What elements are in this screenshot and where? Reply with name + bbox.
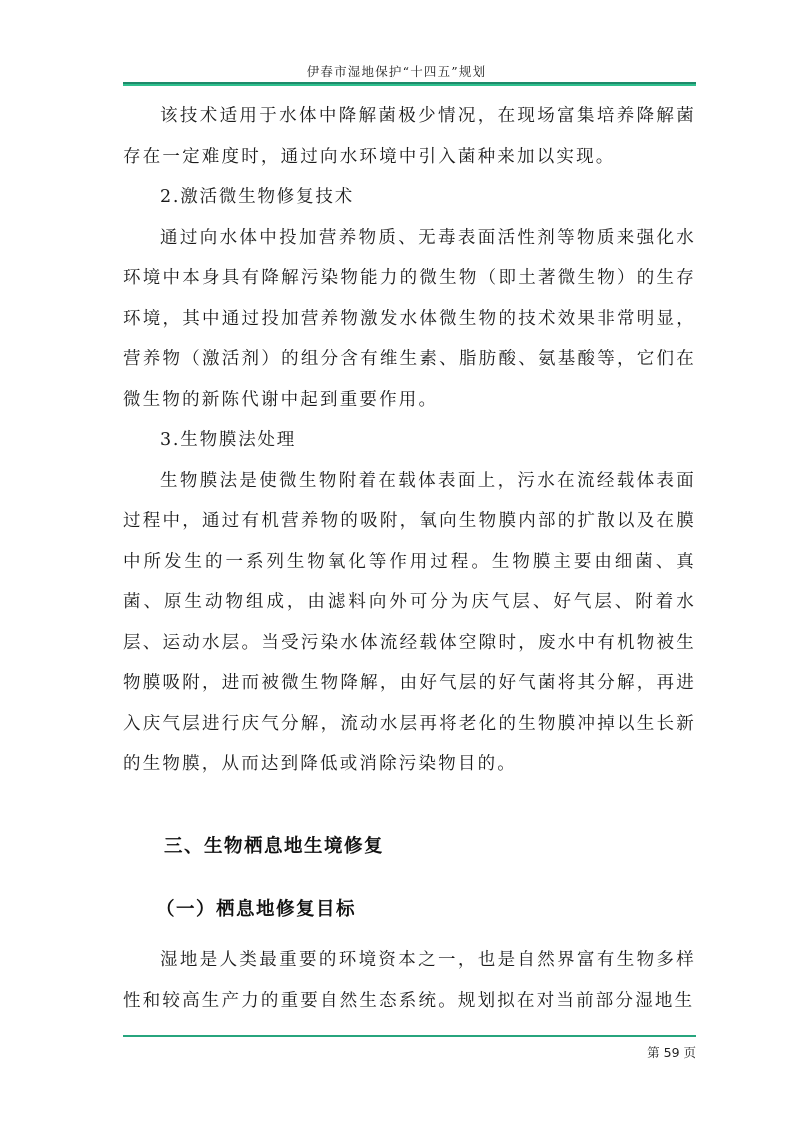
footer-divider <box>123 1035 696 1037</box>
subsection-heading-habitat-goals: （一）栖息地修复目标 <box>123 900 356 920</box>
section-heading-habitat-restoration: 三、生物栖息地生境修复 <box>123 837 384 857</box>
page-body-continued: 湿地是人类最重要的环境资本之一，也是自然界富有生物多样性和较高生产力的重要自然生… <box>123 940 696 1021</box>
paragraph-biofilm: 生物膜法是使微生物附着在载体表面上，污水在流经载体表面过程中，通过有机营养物的吸… <box>123 461 696 785</box>
paragraph-activated-microbe: 通过向水体中投加营养物质、无毒表面活性剂等物质来强化水环境中本身具有降解污染物能… <box>123 218 696 421</box>
paragraph-wetland-importance: 湿地是人类最重要的环境资本之一，也是自然界富有生物多样性和较高生产力的重要自然生… <box>123 940 696 1021</box>
document-title: 伊春市湿地保护“十四五”规划 <box>0 62 793 80</box>
page-number: 第 59 页 <box>647 1043 696 1061</box>
heading-activated-microbe-tech: 2.激活微生物修复技术 <box>123 177 696 218</box>
page-body: 该技术适用于水体中降解菌极少情况，在现场富集培养降解菌存在一定难度时，通过向水环… <box>123 96 696 785</box>
heading-biofilm-treatment: 3.生物膜法处理 <box>123 420 696 461</box>
paragraph-intro: 该技术适用于水体中降解菌极少情况，在现场富集培养降解菌存在一定难度时，通过向水环… <box>123 96 696 177</box>
header-divider <box>123 82 696 86</box>
